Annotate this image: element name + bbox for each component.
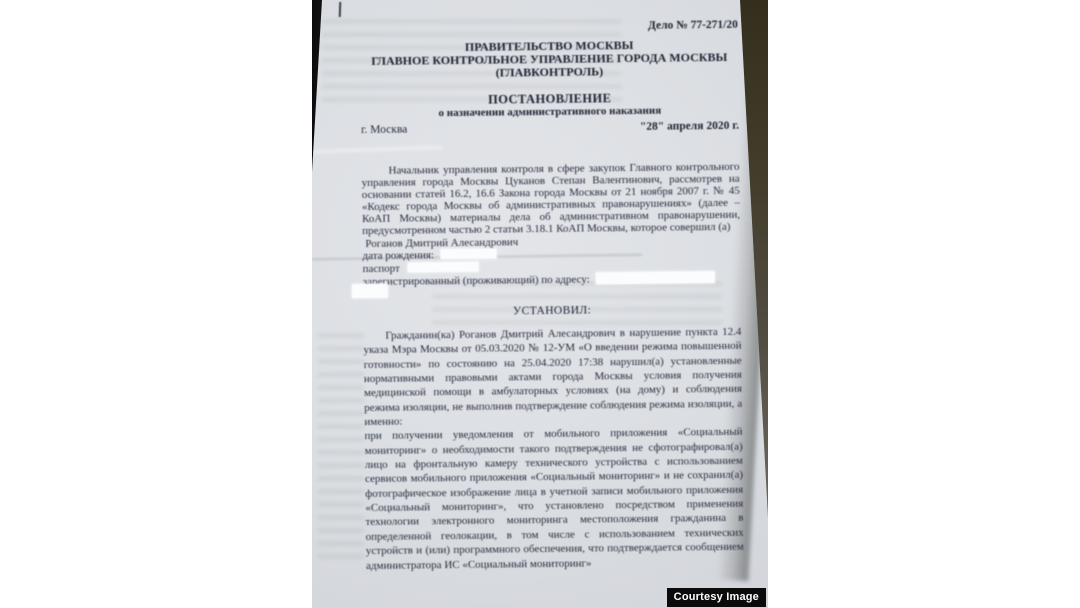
details-paragraph: при получении уведомления от мобильного … (364, 425, 744, 573)
courtesy-image-badge: Courtesy Image (667, 588, 766, 607)
case-number: Дело № 77-271/20 (360, 19, 738, 35)
issuing-authority: ПРАВИТЕЛЬСТВО МОСКВЫ ГЛАВНОЕ КОНТРОЛЬНОЕ… (360, 38, 738, 81)
redaction-box-dob (441, 249, 497, 260)
document-content: Дело № 77-271/20 ПРАВИТЕЛЬСТВО МОСКВЫ ГЛ… (312, 0, 768, 608)
address-row: зарегистрированный (проживающий) по адре… (363, 271, 741, 289)
redaction-box-address (596, 271, 715, 284)
address-label: зарегистрированный (проживающий) по адре… (363, 274, 590, 289)
document-photo: Дело № 77-271/20 ПРАВИТЕЛЬСТВО МОСКВЫ ГЛ… (312, 0, 768, 608)
redaction-box-extra (352, 284, 388, 298)
page-canvas: Дело № 77-271/20 ПРАВИТЕЛЬСТВО МОСКВЫ ГЛ… (0, 0, 1080, 608)
passport-label: паспорт (363, 262, 400, 274)
established-heading: УСТАНОВИЛ: (363, 303, 741, 319)
date-label: "28" апреля 2020 г. (640, 120, 739, 133)
intro-paragraph: Начальник управления контроля в сфере за… (361, 161, 740, 238)
body-paragraphs: Гражданин(ка) Роганов Дмитрий Алесандров… (363, 325, 744, 573)
place-label: г. Москва (361, 124, 407, 137)
dob-label: дата рождения: (362, 250, 434, 263)
redaction-box-passport (408, 262, 479, 273)
violation-paragraph: Гражданин(ка) Роганов Дмитрий Алесандров… (363, 325, 742, 430)
person-details: Роганов Дмитрий Алесандрович дата рожден… (362, 235, 741, 289)
place-date-row: г. Москва "28" апреля 2020 г. (361, 120, 739, 136)
